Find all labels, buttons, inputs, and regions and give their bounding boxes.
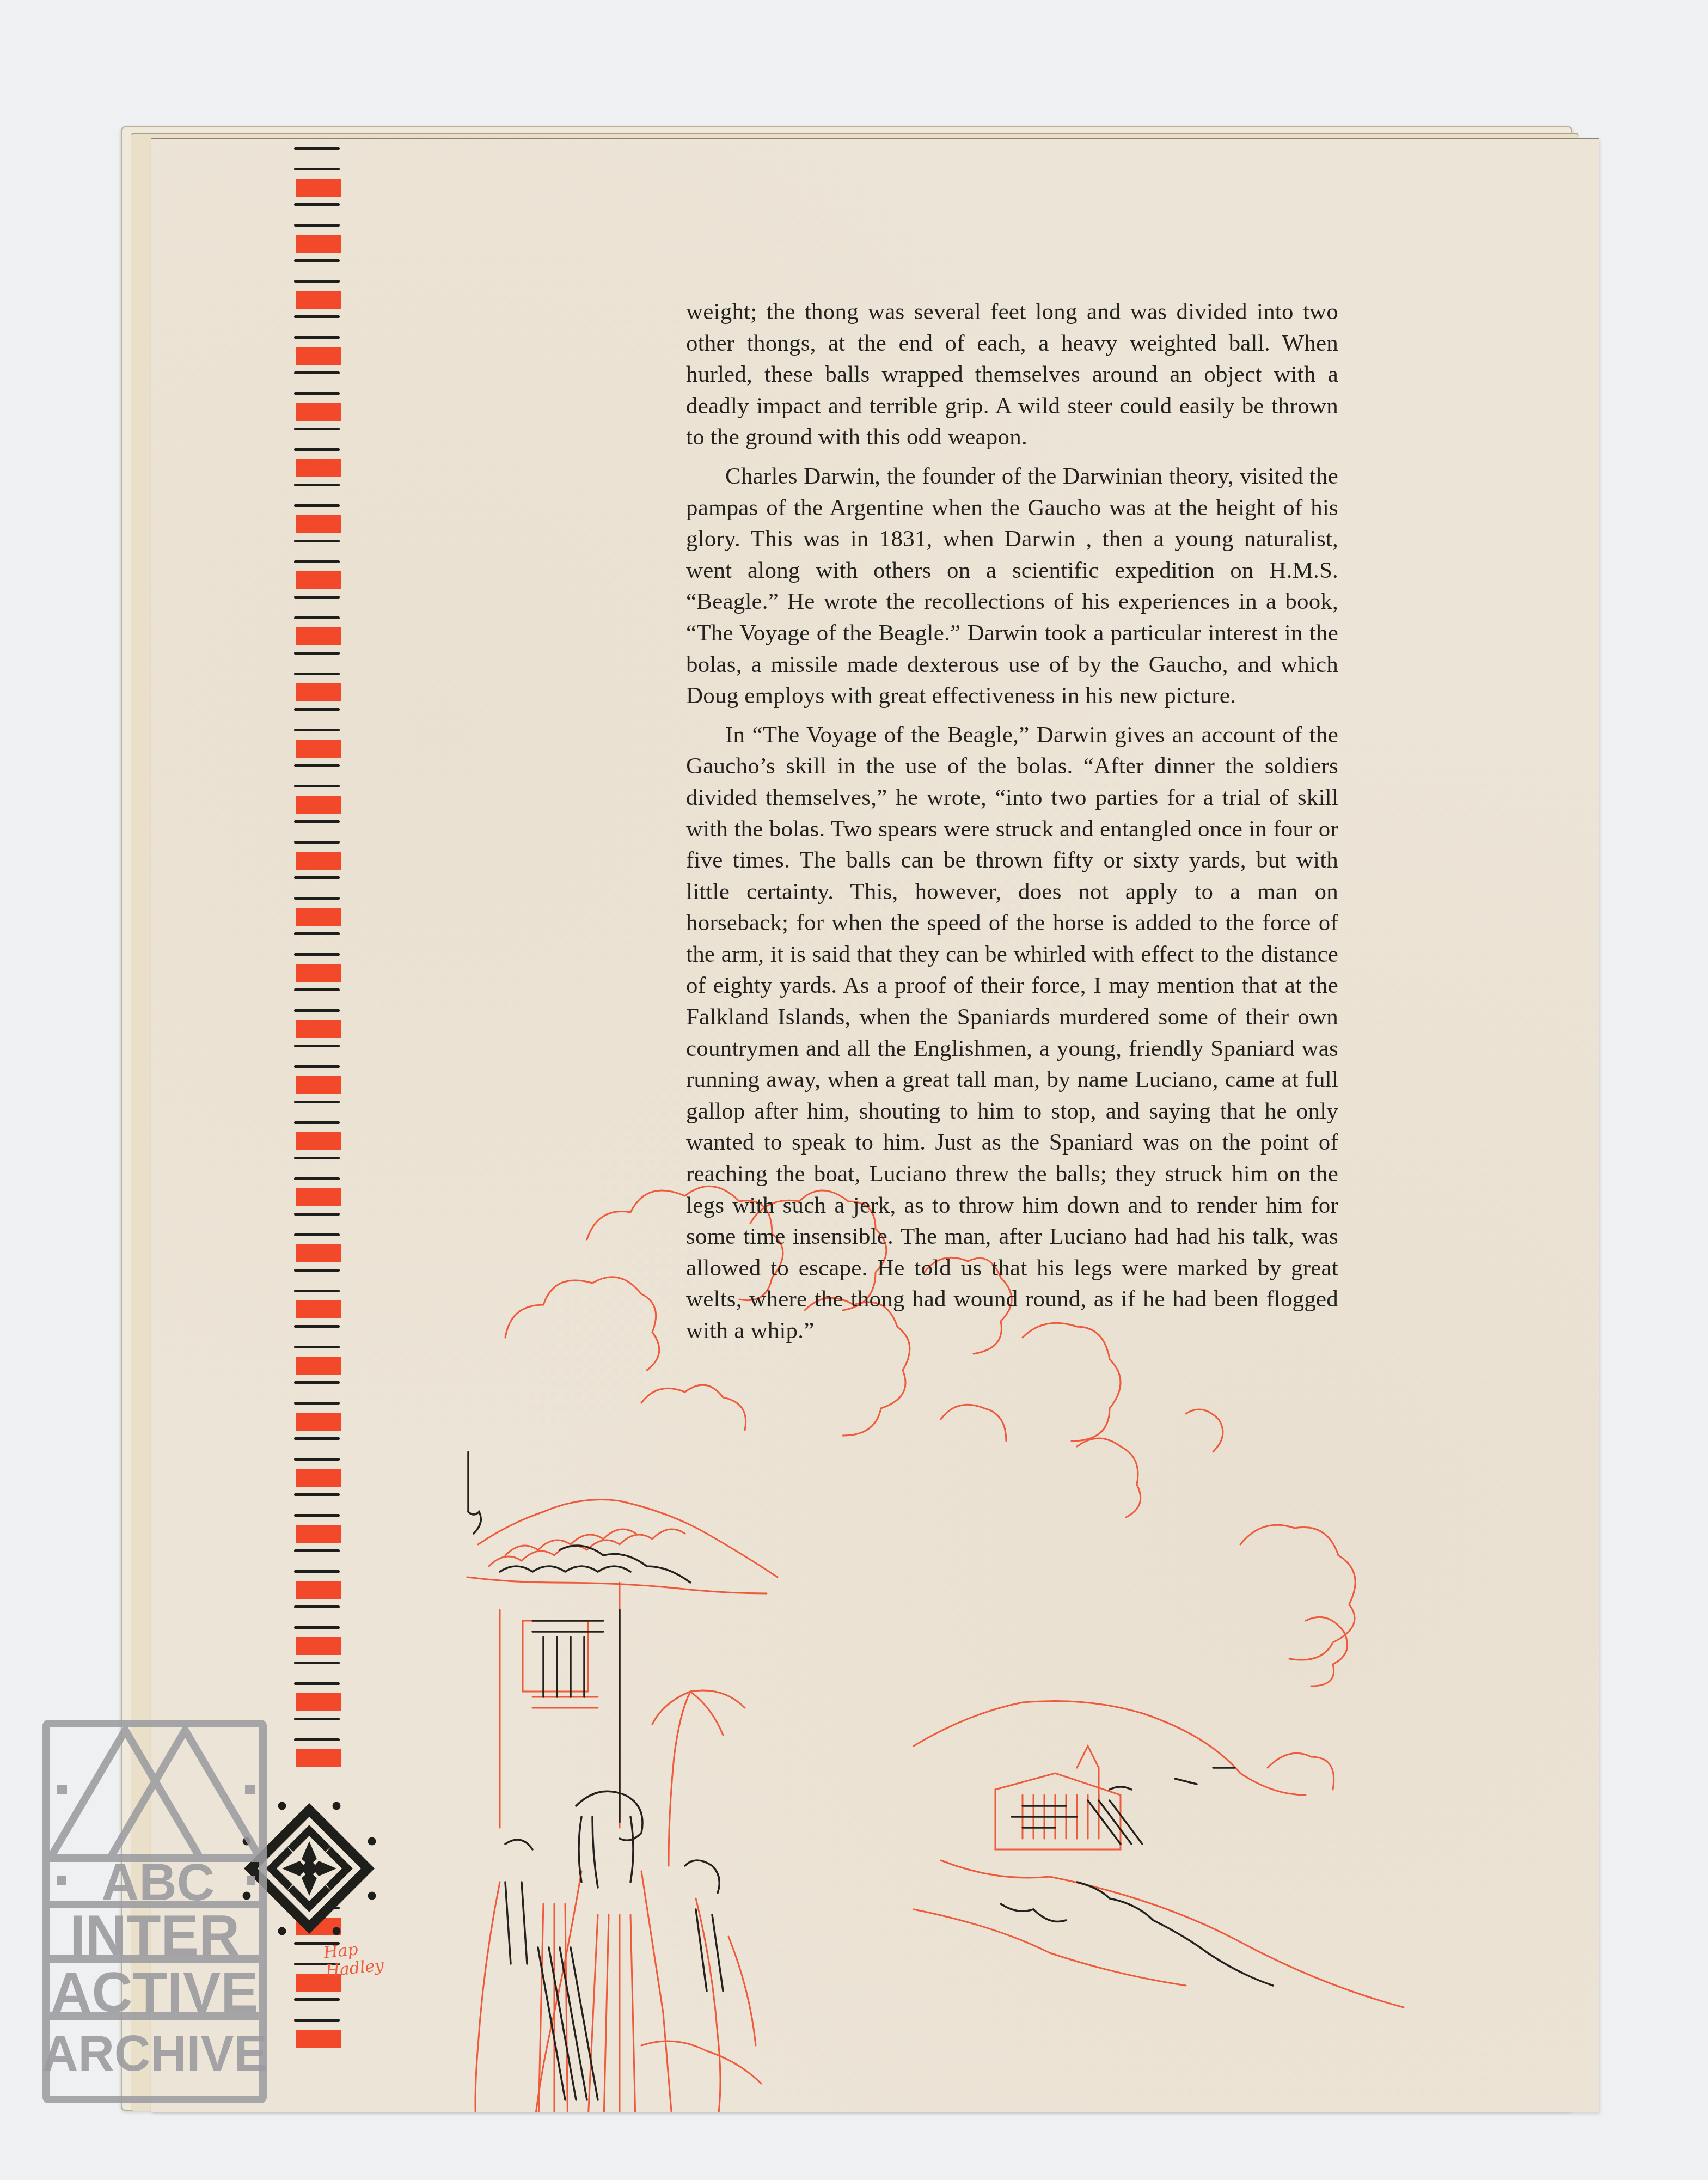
stripe-unit <box>294 1269 343 1325</box>
stripe-unit <box>294 932 343 988</box>
stripe-unit <box>294 764 343 820</box>
stripe-unit <box>294 988 343 1045</box>
stripe-unit <box>294 315 343 371</box>
stripe-unit <box>294 1325 343 1381</box>
stripe-unit <box>294 203 343 259</box>
paragraph-bolas-description: weight; the thong was several feet long … <box>686 296 1338 453</box>
article-body: weight; the thong was several feet long … <box>686 296 1338 1354</box>
stripe-unit <box>294 1718 343 1774</box>
stripe-unit <box>294 540 343 596</box>
stripe-unit <box>294 1045 343 1101</box>
stripe-unit <box>294 1381 343 1437</box>
stripe-unit <box>294 147 343 203</box>
artist-signature: Hap Hadley <box>323 1938 385 1981</box>
archive-watermark-logo: ABC INTER ACTIVE ARCHIVE <box>41 1719 270 2106</box>
stripe-unit <box>294 1213 343 1269</box>
stripe-unit <box>294 876 343 932</box>
stripe-unit <box>294 596 343 652</box>
program-page: weight; the thong was several feet long … <box>151 138 1599 2112</box>
stripe-unit <box>294 708 343 764</box>
stripe-unit <box>294 1998 343 2054</box>
stripe-unit <box>294 1101 343 1157</box>
stripe-unit <box>294 1605 343 1662</box>
watermark-line-abc: ABC <box>101 1853 215 1912</box>
stripe-unit <box>294 371 343 428</box>
stripe-unit <box>294 484 343 540</box>
stripe-unit <box>294 652 343 708</box>
stripe-unit <box>294 820 343 876</box>
watermark-line-archive: ARCHIVE <box>42 2026 267 2081</box>
stripe-unit <box>294 1549 343 1605</box>
paragraph-darwin-intro: Charles Darwin, the founder of the Darwi… <box>686 461 1338 712</box>
stripe-unit <box>294 1157 343 1213</box>
stripe-unit <box>294 1437 343 1493</box>
stripe-unit <box>294 428 343 484</box>
watermark-line-active: ACTIVE <box>51 1961 258 2024</box>
paragraph-darwin-quote: In “The Voyage of the Beagle,” Darwin gi… <box>686 719 1338 1347</box>
watermark-line-inter: INTER <box>70 1904 240 1967</box>
stripe-unit <box>294 259 343 315</box>
stripe-unit <box>294 1662 343 1718</box>
stripe-unit <box>294 1493 343 1549</box>
